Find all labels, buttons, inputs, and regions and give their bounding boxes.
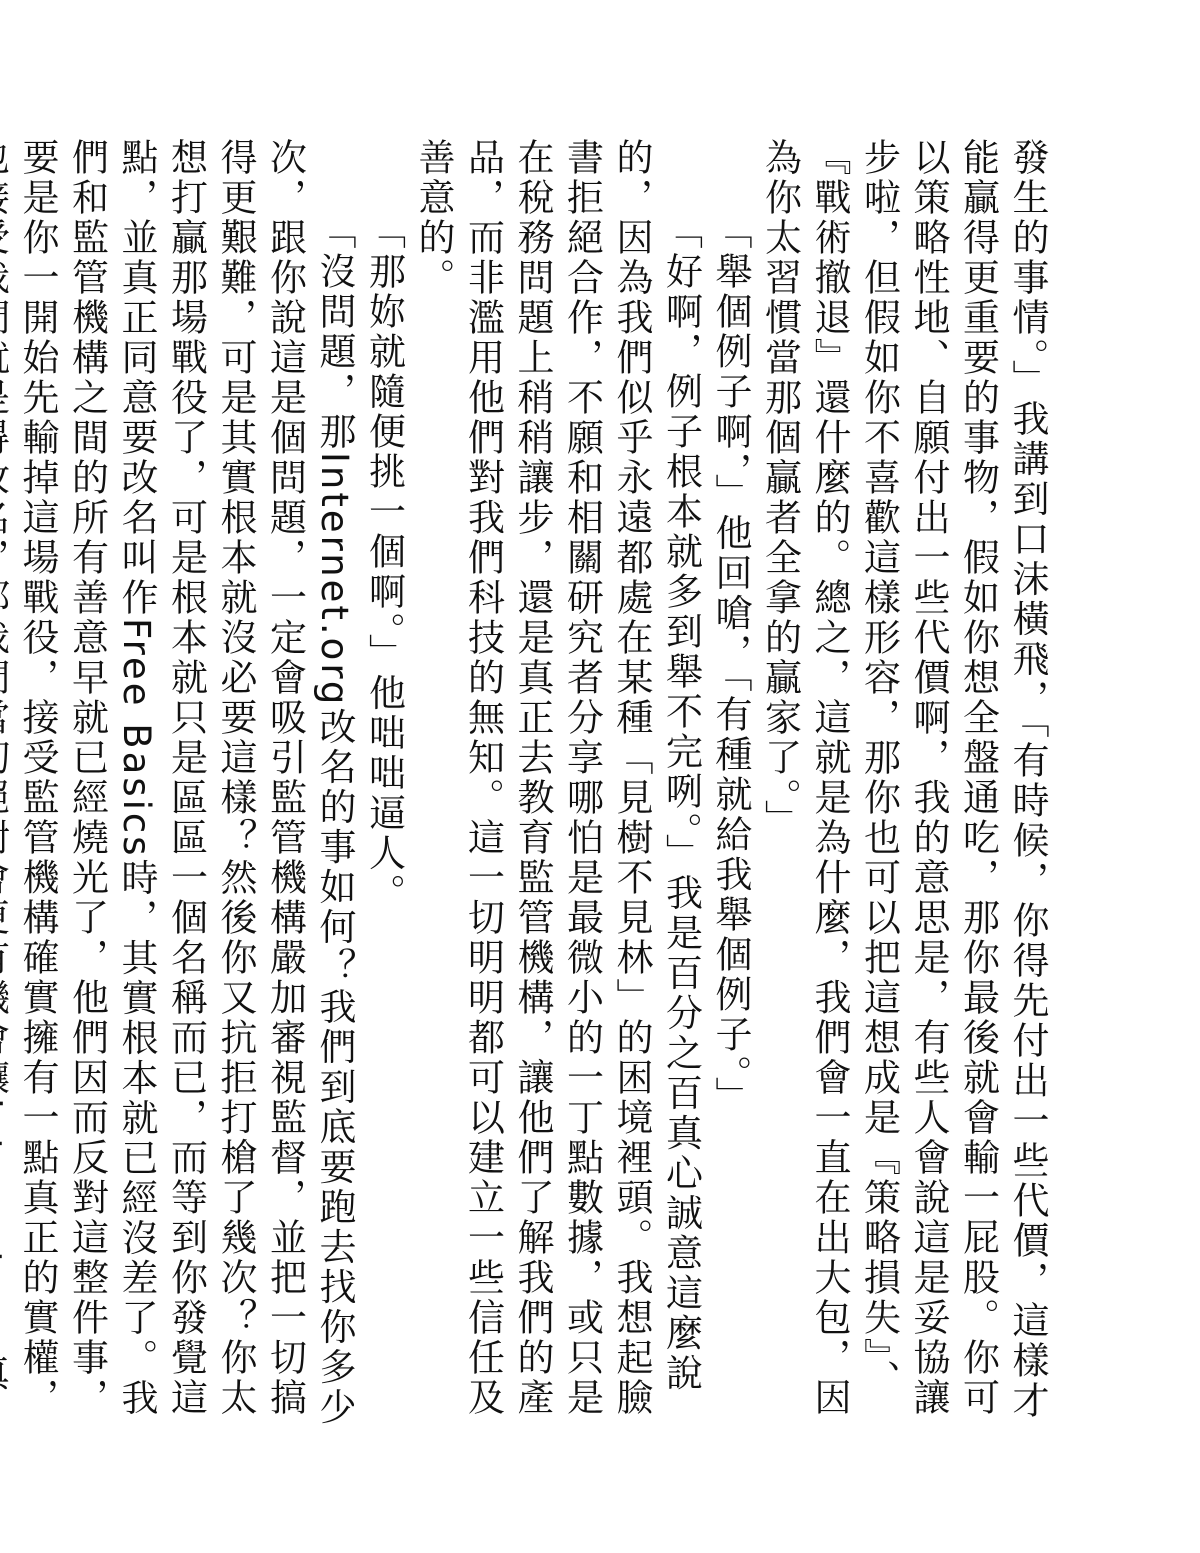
book-page: 發生的事情。」我講到口沫橫飛，「有時候，你得先付出一些代價，這樣才能贏得更重要的… bbox=[0, 0, 1200, 1553]
paragraph-1: 發生的事情。」我講到口沫橫飛，「有時候，你得先付出一些代價，這樣才能贏得更重要的… bbox=[755, 138, 1052, 1428]
paragraph-4: 「那妳就隨便挑一個啊。」他咄咄逼人。 bbox=[359, 138, 409, 1428]
paragraph-3: 「好啊，例子根本就多到舉不完咧。」我是百分之百真心誠意這麼說的，因為我們似乎永遠… bbox=[409, 138, 706, 1428]
paragraph-2: 「舉個例子啊，」他回嗆，「有種就給我舉個例子。」 bbox=[706, 138, 756, 1428]
paragraph-5: 「沒問題，那Internet.org改名的事如何？我們到底要跑去找你多少次，跟你… bbox=[0, 138, 359, 1428]
vertical-text-body: 發生的事情。」我講到口沫橫飛，「有時候，你得先付出一些代價，這樣才能贏得更重要的… bbox=[0, 138, 1052, 1428]
